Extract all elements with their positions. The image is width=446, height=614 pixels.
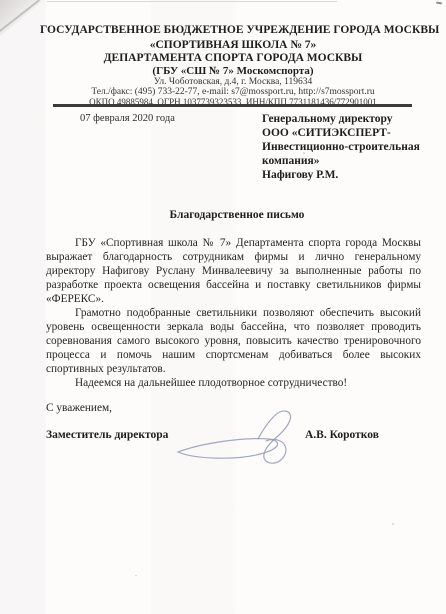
scanned-letter-page: ГОСУДАРСТВЕННОЕ БЮДЖЕТНОЕ УЧРЕЖДЕНИЕ ГОР… — [0, 0, 446, 614]
letter-date: 07 февраля 2020 года — [80, 113, 175, 124]
letterhead-divider-rule — [53, 104, 412, 107]
scan-speck-artifact — [436, 2, 442, 5]
recipient-block: Генеральному директору ООО «СИТИЭКСПЕРТ-… — [262, 112, 432, 182]
signatory-position: Заместитель директора — [46, 429, 168, 441]
dust-speck — [135, 575, 137, 576]
body-paragraph-1: ГБУ «Спортивная школа № 7» Департамента … — [46, 236, 421, 306]
signatory-name: А.В. Коротков — [305, 429, 379, 441]
scan-edge-line-artifact — [47, 1, 337, 2]
org-name-line-2: «СПОРТИВНАЯ ШКОЛА № 7» — [40, 39, 426, 52]
letter-body: ГБУ «Спортивная школа № 7» Департамента … — [46, 236, 421, 390]
corner-fold-artifact — [0, 0, 44, 36]
dust-speck — [392, 523, 394, 525]
closing-salutation: С уважением, — [46, 402, 112, 414]
body-paragraph-3: Надеемся на дальнейшее плодотворное сотр… — [46, 376, 421, 390]
letter-title: Благодарственное письмо — [53, 209, 421, 221]
body-paragraph-2: Грамотно подобранные светильники позволя… — [46, 306, 421, 376]
recipient-line: ООО «СИТИЭКСПЕРТ- — [262, 126, 432, 140]
recipient-line: Нафигову Р.М. — [262, 168, 432, 182]
recipient-line: Генеральному директору — [262, 112, 432, 126]
recipient-line: компания» — [262, 154, 432, 168]
letterhead: ГОСУДАРСТВЕННОЕ БЮДЖЕТНОЕ УЧРЕЖДЕНИЕ ГОР… — [40, 24, 426, 107]
org-address: Ул. Чоботовская, д.4, г. Москва, 119634 — [40, 77, 426, 87]
org-name-line-3: ДЕПАРТАМЕНТА СПОРТА ГОРОДА МОСКВЫ — [40, 52, 426, 65]
handwritten-signature — [172, 406, 302, 468]
org-name-line-1: ГОСУДАРСТВЕННОЕ БЮДЖЕТНОЕ УЧРЕЖДЕНИЕ ГОР… — [40, 24, 426, 37]
org-contacts: Тел./факс: (495) 733-22-77, e-mail: s7@m… — [40, 87, 426, 97]
recipient-line: Инвестиционно-строительная — [262, 140, 432, 154]
org-short-name: (ГБУ «СШ № 7» Москомспорта) — [40, 65, 426, 77]
